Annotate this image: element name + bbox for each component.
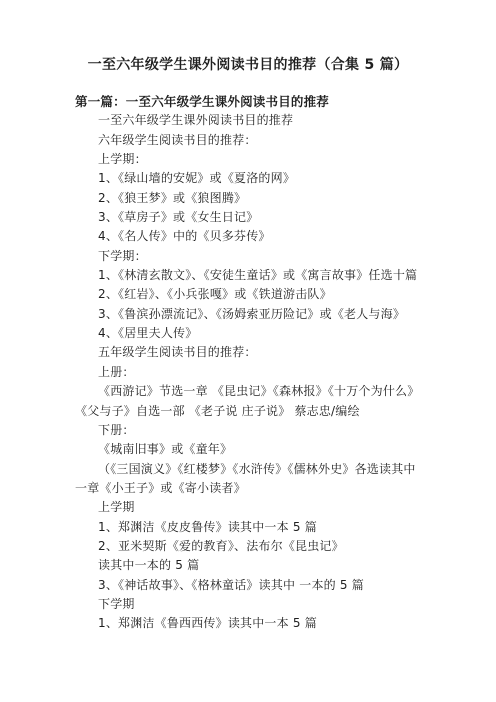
- text-line: 《父与子》自选一部 《老子说 庄子说》 蔡志忠/编绘: [75, 402, 496, 421]
- document-title: 一至六年级学生课外阅读书目的推荐（合集 5 篇）: [0, 0, 496, 75]
- text-line: 2、亚米契斯《爱的教育》、法布尔《昆虫记》: [75, 537, 496, 556]
- text-line: 下学期：: [75, 247, 496, 266]
- text-line: 《西游记》节选一章 《昆虫记》《森林报》《十万个为什么》: [75, 382, 496, 401]
- text-line: 一章《小王子》或《寄小读者》: [75, 479, 496, 498]
- text-line: 4、《名人传》中的《贝多芬传》: [75, 227, 496, 246]
- text-line: 读其中一本的 5 篇: [75, 556, 496, 575]
- text-line: 下册：: [75, 421, 496, 440]
- text-line: 五年级学生阅读书目的推荐：: [75, 343, 496, 362]
- text-line: 上学期: [75, 498, 496, 517]
- document-page: 一至六年级学生课外阅读书目的推荐（合集 5 篇） 第一篇：一至六年级学生课外阅读…: [0, 0, 496, 702]
- section-heading: 第一篇：一至六年级学生课外阅读书目的推荐: [75, 92, 496, 111]
- text-line: 上学期：: [75, 150, 496, 169]
- text-line: 2、《狼王梦》或《狼图腾》: [75, 189, 496, 208]
- text-line: 上册：: [75, 363, 496, 382]
- text-line: 3、《鲁滨孙漂流记》、《汤姆索亚历险记》或《老人与海》: [75, 305, 496, 324]
- document-content: 第一篇：一至六年级学生课外阅读书目的推荐一至六年级学生课外阅读书目的推荐六年级学…: [0, 92, 496, 634]
- text-line: 六年级学生阅读书目的推荐：: [75, 131, 496, 150]
- text-line: 1、郑渊洁《鲁西西传》读其中一本 5 篇: [75, 614, 496, 633]
- text-line: 1、郑渊洁《皮皮鲁传》读其中一本 5 篇: [75, 518, 496, 537]
- text-line: 《城南旧事》或《童年》: [75, 440, 496, 459]
- text-line: 2、《红岩》、《小兵张嘎》或《铁道游击队》: [75, 285, 496, 304]
- text-line: 3、《神话故事》、《格林童话》读其中 一本的 5 篇: [75, 576, 496, 595]
- text-line: （《三国演义》《红楼梦》《水浒传》《儒林外史》各选读其中: [75, 460, 496, 479]
- text-line: 4、《居里夫人传》: [75, 324, 496, 343]
- text-line: 1、《林清玄散文》、《安徒生童话》或《寓言故事》任选十篇: [75, 266, 496, 285]
- text-line: 3、《草房子》或《女生日记》: [75, 208, 496, 227]
- text-line: 一至六年级学生课外阅读书目的推荐: [75, 111, 496, 130]
- text-line: 下学期: [75, 595, 496, 614]
- text-line: 1、《绿山墙的安妮》或《夏洛的网》: [75, 169, 496, 188]
